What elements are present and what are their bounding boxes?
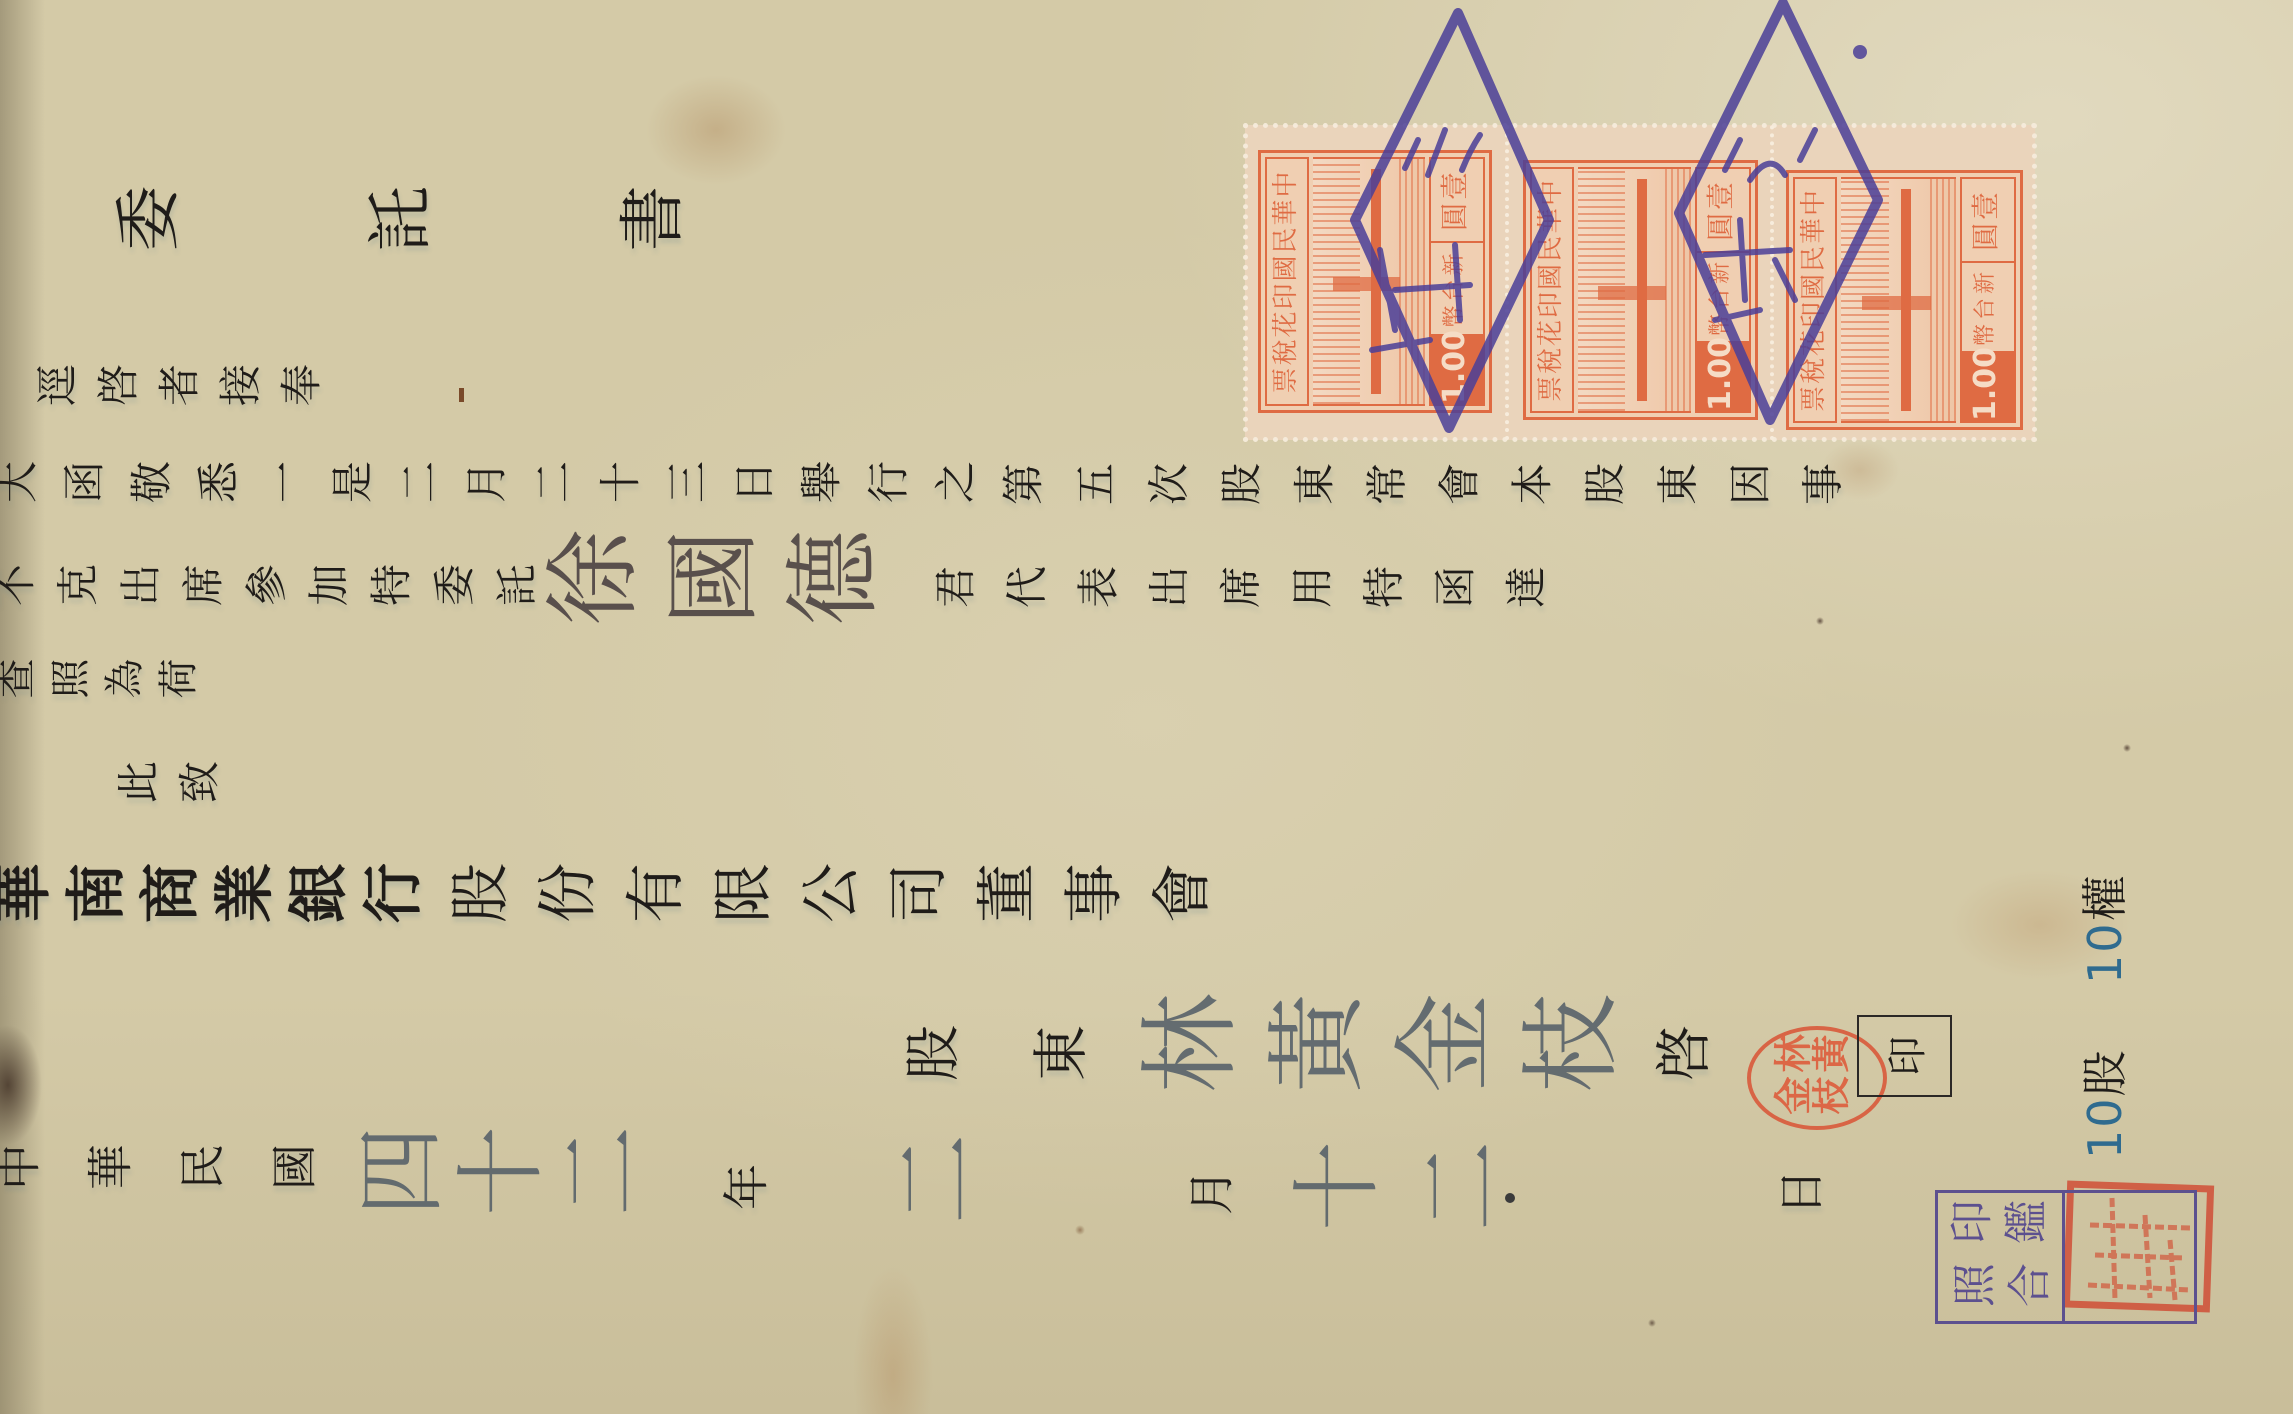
perforation-line xyxy=(1505,125,1509,440)
document-title: 委託書 xyxy=(113,192,869,258)
stamp-denomination: 壹圓 xyxy=(1431,159,1483,243)
shares-count: 10 xyxy=(2078,1096,2132,1159)
proxy-letter-document: 委託書 逕啓者接奉 大函敬悉一是二月二十三日舉行之 第五次股東常會本股東因事 不… xyxy=(0,0,2293,1414)
verification-divider xyxy=(2062,1193,2065,1321)
shareholder-label: 股東 xyxy=(903,1030,1159,1086)
stamp-value: 1.00 xyxy=(1697,341,1749,411)
perforation-line xyxy=(1770,125,1774,440)
margin-note-shares: 10股 xyxy=(2081,1050,2129,1159)
proxy-name-handwritten: 徐國德 xyxy=(542,537,902,633)
date-day-handwritten: 十二 xyxy=(1289,1150,1537,1240)
stamp-bridge-picture xyxy=(1841,177,1956,423)
stamp-denomination: 壹圓 xyxy=(1962,179,2014,263)
revenue-stamp-2: 中華民國印花稅票 1.00 新台幣 壹圓 xyxy=(1523,160,1758,420)
date-year-handwritten: 四十二 xyxy=(353,1135,653,1225)
stamp-currency: 新台幣 xyxy=(1962,263,2014,351)
shareholder-name-handwritten: 林黃金枝 xyxy=(1137,1002,1645,1102)
stamp-currency: 新台幣 xyxy=(1431,243,1483,334)
date-year-unit: 年 xyxy=(722,1167,768,1213)
stamp-value: 1.00 xyxy=(1431,334,1483,404)
stamp-bridge-picture xyxy=(1313,157,1425,406)
addressee-company-board: 股份有限公司董事會 xyxy=(448,868,1238,928)
revenue-stamp-1: 中華民國印花稅票 1.00 新台幣 壹圓 xyxy=(1258,150,1492,413)
closing: 此致 xyxy=(116,764,238,806)
verification-text-col-2: 照合 xyxy=(1951,1268,2061,1312)
body-line-2b: 君代表出席用特函達 xyxy=(933,569,1576,611)
votes-count: 10 xyxy=(2078,921,2132,984)
stamp-value: 1.00 xyxy=(1962,351,2014,421)
body-line-1b: 第五次股東常會本股東因事 xyxy=(1001,466,1873,508)
addressee-bank-name: 華南商業銀行 xyxy=(0,868,435,928)
stamp-currency: 新台幣 xyxy=(1697,253,1749,341)
date-day-unit: 日 xyxy=(1777,1172,1823,1218)
votes-unit: 權 xyxy=(2078,875,2132,921)
seal-box: 印 xyxy=(1857,1015,1952,1097)
stamp-bridge-picture xyxy=(1578,167,1691,413)
salutation: 逕啓者接奉 xyxy=(35,367,340,409)
revenue-stamp-3: 中華民國印花稅票 1.00 新台幣 壹圓 xyxy=(1786,170,2023,430)
shares-unit: 股 xyxy=(2078,1050,2132,1096)
body-line-2a: 不克出席參加特委託 xyxy=(0,567,557,609)
stamp-country-text: 中華民國印花稅票 xyxy=(1265,157,1309,406)
margin-note-votes: 10權 xyxy=(2081,875,2129,984)
seal-verification-stamp: 印鑑 照合 xyxy=(1935,1190,2197,1324)
date-month-unit: 月 xyxy=(1187,1172,1233,1218)
body-line-1a: 大函敬悉一是二月二十三日舉行之 xyxy=(0,464,1000,506)
seal-text: 林黃金枝 xyxy=(1773,1036,1861,1120)
body-line-3: 查照為荷 xyxy=(0,662,211,702)
date-era: 中華民國 xyxy=(0,1147,362,1193)
stamp-country-text: 中華民國印花稅票 xyxy=(1793,177,1837,423)
signature-suffix: 啓 xyxy=(1654,1030,1710,1086)
stamp-country-text: 中華民國印花稅票 xyxy=(1530,167,1574,413)
stamp-denomination: 壹圓 xyxy=(1697,169,1749,253)
seal-box-label: 印 xyxy=(1876,1036,1933,1076)
date-month-handwritten: 二 xyxy=(888,1143,978,1233)
verification-text-col-1: 印鑑 xyxy=(1948,1205,2058,1249)
